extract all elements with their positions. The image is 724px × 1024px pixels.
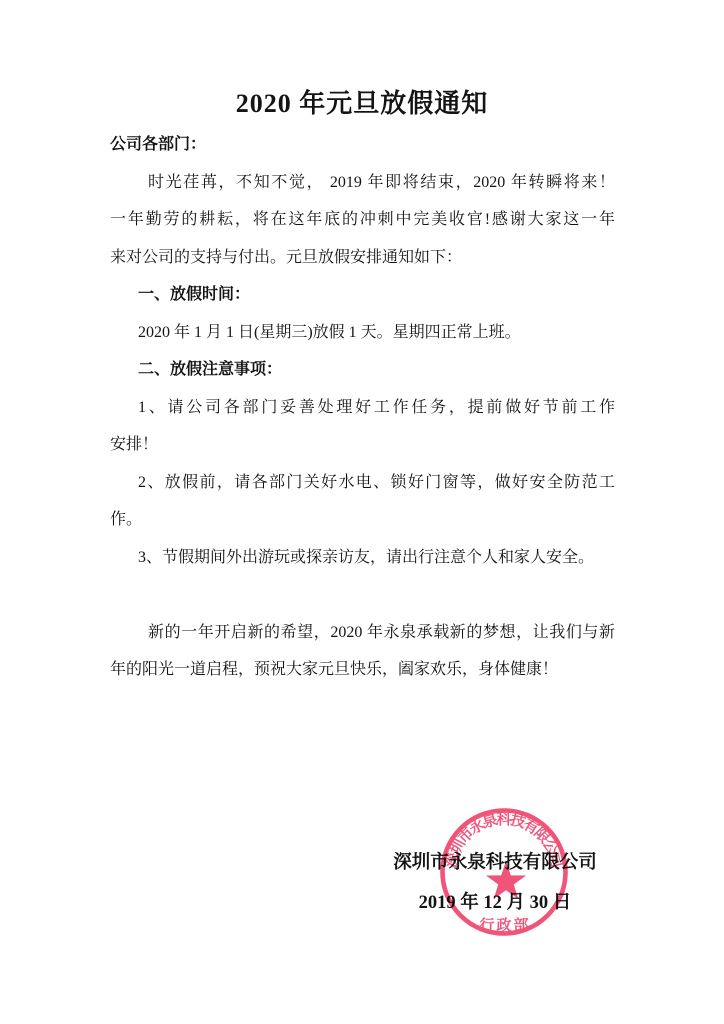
doc-title: 2020 年元旦放假通知 [0, 84, 724, 124]
doc-line: 3、节假期间外出游玩或探亲访友，请出行注意个人和家人安全。 [110, 539, 615, 577]
doc-line: 一年勤劳的耕耘，将在这年底的冲刺中完美收官!感谢大家这一年 [110, 201, 615, 239]
notice-page: 2020 年元旦放假通知 公司各部门：时光荏苒，不知不觉， 2019 年即将结束… [0, 0, 724, 1024]
doc-line: 2、放假前，请各部门关好水电、锁好门窗等，做好安全防范工 [110, 464, 615, 502]
doc-line: 一、放假时间： [110, 276, 615, 314]
doc-line: 安排！ [110, 426, 615, 464]
seal-department-label: 行政部 [479, 916, 530, 934]
doc-line [110, 576, 615, 614]
document-body: 公司各部门：时光荏苒，不知不觉， 2019 年即将结束，2020 年转瞬将来！一… [0, 126, 724, 689]
company-seal: 深圳市永泉科技有限公司行政部 [437, 805, 571, 939]
doc-line: 公司各部门： [110, 126, 615, 164]
doc-line: 二、放假注意事项： [110, 351, 615, 389]
doc-line: 新的一年开启新的希望，2020 年永泉承载新的梦想，让我们与新 [110, 614, 615, 652]
doc-line: 2020 年 1 月 1 日(星期三)放假 1 天。星期四正常上班。 [110, 314, 615, 352]
doc-line: 作。 [110, 501, 615, 539]
doc-line: 年的阳光一道启程，预祝大家元旦快乐，阖家欢乐，身体健康！ [110, 651, 615, 689]
doc-line: 1、请公司各部门妥善处理好工作任务，提前做好节前工作 [110, 389, 615, 427]
doc-line: 时光荏苒，不知不觉， 2019 年即将结束，2020 年转瞬将来！ [110, 164, 615, 202]
doc-line: 来对公司的支持与付出。元旦放假安排通知如下： [110, 239, 615, 277]
seal-star-icon [486, 861, 526, 899]
